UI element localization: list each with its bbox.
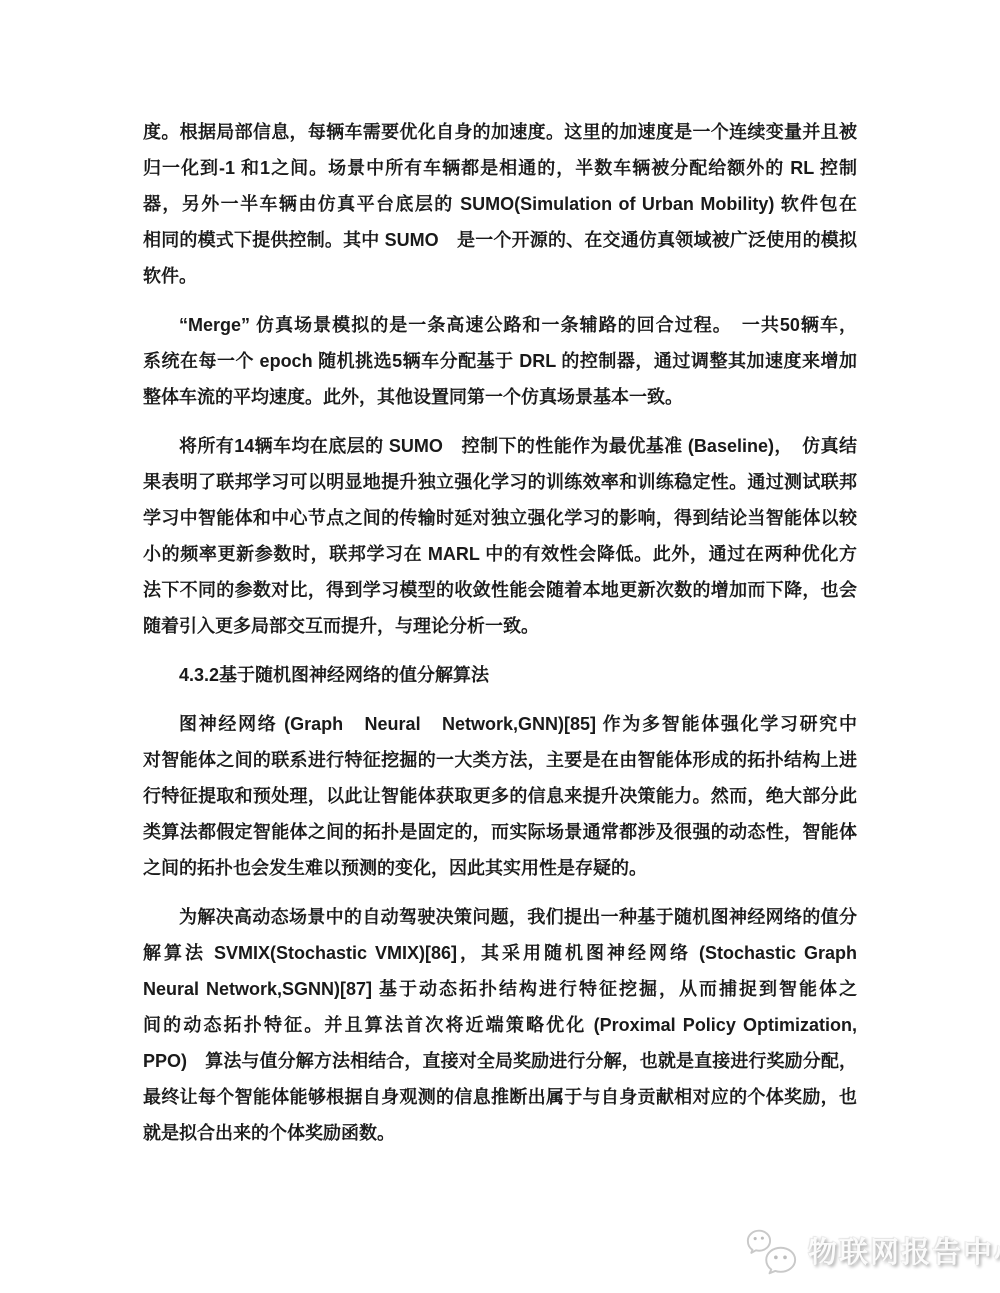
text-line: 最终让每个智能体能够根据自身观测的信息推断出属于与自身贡献相对应的个体奖励，也 — [143, 1079, 857, 1115]
text-line: 归一化到-1 和1之间。场景中所有车辆都是相通的，半数车辆被分配给额外的 RL … — [143, 150, 857, 186]
document-body: 度。根据局部信息，每辆车需要优化自身的加速度。这里的加速度是一个连续变量并且被归… — [143, 114, 857, 1151]
text-line: Neural Network,SGNN)[87] 基于动态拓扑结构进行特征挖掘，… — [143, 971, 857, 1007]
text-line: 对智能体之间的联系进行特征挖掘的一大类方法，主要是在由智能体形成的拓扑结构上进 — [143, 742, 857, 778]
text-line: 法下不同的参数对比，得到学习模型的收敛性能会随着本地更新次数的增加而下降，也会 — [143, 572, 857, 608]
text-line: 为解决高动态场景中的自动驾驶决策问题，我们提出一种基于随机图神经网络的值分 — [143, 899, 857, 935]
watermark-text: 物联网报告中心 — [808, 1230, 1000, 1271]
paragraph: “Merge” 仿真场景模拟的是一条高速公路和一条辅路的回合过程。 一共50辆车… — [143, 307, 857, 415]
text-line: 之间的拓扑也会发生难以预测的变化，因此其实用性是存疑的。 — [143, 850, 857, 886]
text-line: 就是拟合出来的个体奖励函数。 — [143, 1115, 857, 1151]
text-line: 随着引入更多局部交互而提升，与理论分析一致。 — [143, 608, 857, 644]
wechat-chat-bubbles-icon — [744, 1228, 801, 1280]
text-line: 类算法都假定智能体之间的拓扑是固定的，而实际场景通常都涉及很强的动态性，智能体 — [143, 814, 857, 850]
text-line: 软件。 — [143, 258, 857, 294]
text-line: 相同的模式下提供控制。其中 SUMO 是一个开源的、在交通仿真领域被广泛使用的模… — [143, 222, 857, 258]
text-line: 行特征提取和预处理，以此让智能体获取更多的信息来提升决策能力。然而，绝大部分此 — [143, 778, 857, 814]
text-line: 学习中智能体和中心节点之间的传输时延对独立强化学习的影响，得到结论当智能体以较 — [143, 500, 857, 536]
section-heading: 4.3.2基于随机图神经网络的值分解算法 — [143, 657, 857, 693]
text-line: “Merge” 仿真场景模拟的是一条高速公路和一条辅路的回合过程。 一共50辆车… — [143, 307, 857, 343]
heading-text-line: 4.3.2基于随机图神经网络的值分解算法 — [143, 657, 857, 693]
paragraph: 度。根据局部信息，每辆车需要优化自身的加速度。这里的加速度是一个连续变量并且被归… — [143, 114, 857, 294]
text-line: 器，另外一半车辆由仿真平台底层的 SUMO(Simulation of Urba… — [143, 186, 857, 222]
paragraph: 将所有14辆车均在底层的 SUMO 控制下的性能作为最优基准 (Baseline… — [143, 428, 857, 644]
text-line: 解算法 SVMIX(Stochastic VMIX)[86]，其采用随机图神经网… — [143, 935, 857, 971]
text-line: 整体车流的平均速度。此外，其他设置同第一个仿真场景基本一致。 — [143, 379, 857, 415]
text-line: 间的动态拓扑特征。并且算法首次将近端策略优化 (Proximal Policy … — [143, 1007, 857, 1043]
document-page: 度。根据局部信息，每辆车需要优化自身的加速度。这里的加速度是一个连续变量并且被归… — [0, 0, 1000, 1293]
text-line: 小的频率更新参数时，联邦学习在 MARL 中的有效性会降低。此外，通过在两种优化… — [143, 536, 857, 572]
text-line: PPO) 算法与值分解方法相结合，直接对全局奖励进行分解，也就是直接进行奖励分配… — [143, 1043, 857, 1079]
paragraph: 为解决高动态场景中的自动驾驶决策问题，我们提出一种基于随机图神经网络的值分解算法… — [143, 899, 857, 1151]
text-line: 图神经网络 (Graph Neural Network,GNN)[85] 作为多… — [143, 706, 857, 742]
text-line: 系统在每一个 epoch 随机挑选5辆车分配基于 DRL 的控制器，通过调整其加… — [143, 343, 857, 379]
text-line: 果表明了联邦学习可以明显地提升独立强化学习的训练效率和训练稳定性。通过测试联邦 — [143, 464, 857, 500]
text-line: 将所有14辆车均在底层的 SUMO 控制下的性能作为最优基准 (Baseline… — [143, 428, 857, 464]
watermark: 物联网报告中心 — [744, 1220, 1000, 1280]
paragraph: 图神经网络 (Graph Neural Network,GNN)[85] 作为多… — [143, 706, 857, 886]
text-line: 度。根据局部信息，每辆车需要优化自身的加速度。这里的加速度是一个连续变量并且被 — [143, 114, 857, 150]
